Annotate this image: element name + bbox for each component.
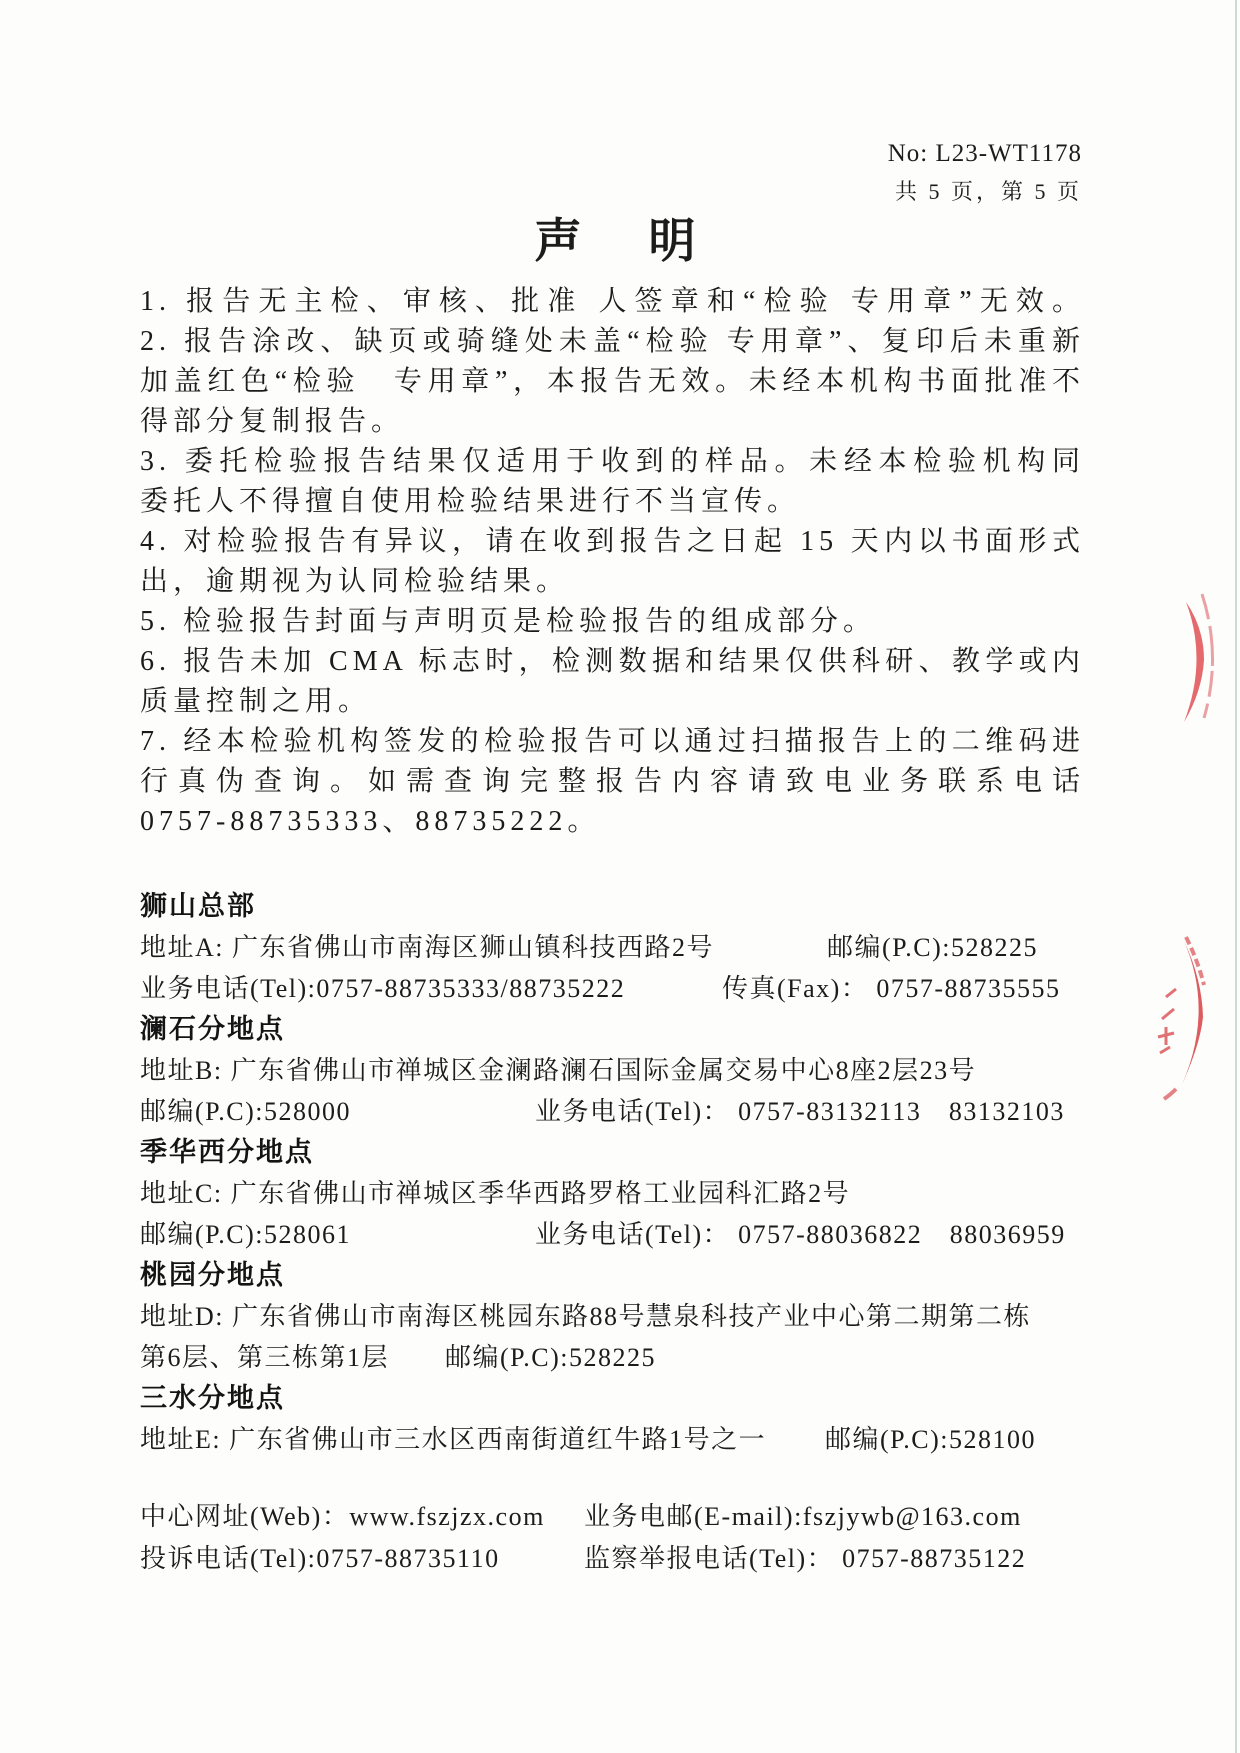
declaration-line: 质量控制之用。 <box>140 682 1085 722</box>
stamp-arc-icon <box>1148 933 1220 1101</box>
declaration-line: 6. 报告未加 CMA 标志时，检测数据和结果仅供科研、教学或内部 <box>140 642 1085 682</box>
address-left: 地址E: 广东省佛山市三水区西南街道红牛路1号之一 <box>140 1419 825 1460</box>
address-right: 业务电话(Tel)： 0757-83132113 83132103 <box>535 1091 1065 1132</box>
declaration-line: 出，逾期视为认同检验结果。 <box>140 562 1085 602</box>
footer-right: 监察举报电话(Tel)： 0757-88735122 <box>584 1538 1026 1580</box>
page-edge-line <box>1235 0 1237 1753</box>
declaration-line: 1. 报告无主检、审核、批准 人签章和“检验 专用章”无效。 <box>140 282 1085 322</box>
address-right: 邮编(P.C):528100 <box>825 1419 1036 1460</box>
footer-left: 中心网址(Web)：www.fszjzx.com <box>140 1496 584 1538</box>
declaration-list: 1. 报告无主检、审核、批准 人签章和“检验 专用章”无效。 2. 报告涂改、缺… <box>140 282 1085 842</box>
address-line: 业务电话(Tel):0757-88735333/88735222 传真(Fax)… <box>140 968 1090 1009</box>
declaration-line: 委托人不得擅自使用检验结果进行不当宣传。 <box>140 482 1085 522</box>
location-section: 桃园分地点 地址D: 广东省佛山市南海区桃园东路88号慧泉科技产业中心第二期第二… <box>140 1255 1090 1378</box>
address-left: 邮编(P.C):528000 <box>140 1091 535 1132</box>
location-name: 桃园分地点 <box>140 1255 1090 1296</box>
address-right: 邮编(P.C):528225 <box>827 927 1038 968</box>
footer-line: 中心网址(Web)：www.fszjzx.com 业务电邮(E-mail):fs… <box>140 1496 1090 1538</box>
declaration-line: 7. 经本检验机构签发的检验报告可以通过扫描报告上的二维码进 <box>140 722 1085 762</box>
report-number: No: L23-WT1178 <box>888 140 1082 168</box>
address-left: 地址B: 广东省佛山市禅城区金澜路澜石国际金属交易中心8座2层23号 <box>140 1050 976 1091</box>
address-line: 邮编(P.C):528000 业务电话(Tel)： 0757-83132113 … <box>140 1091 1090 1132</box>
declaration-line: 0757-88735333、88735222。 <box>140 802 1085 842</box>
footer-right: 业务电邮(E-mail):fszjywb@163.com <box>584 1496 1022 1538</box>
address-line: 地址A: 广东省佛山市南海区狮山镇科技西路2号 邮编(P.C):528225 <box>140 927 1090 968</box>
address-left: 地址A: 广东省佛山市南海区狮山镇科技西路2号 <box>140 927 827 968</box>
location-name: 狮山总部 <box>140 886 1090 927</box>
address-line: 第6层、第三栋第1层 邮编(P.C):528225 <box>140 1337 1090 1378</box>
declaration-line: 2. 报告涂改、缺页或骑缝处未盖“检验 专用章”、复印后未重新 <box>140 322 1085 362</box>
location-section: 狮山总部 地址A: 广东省佛山市南海区狮山镇科技西路2号 邮编(P.C):528… <box>140 886 1090 1009</box>
declaration-line: 行真伪查询。如需查询完整报告内容请致电业务联系电话 <box>140 762 1085 802</box>
stamp-arc-icon <box>1172 592 1224 730</box>
address-left: 第6层、第三栋第1层 <box>140 1337 445 1378</box>
address-left: 地址C: 广东省佛山市禅城区季华西路罗格工业园科汇路2号 <box>140 1173 850 1214</box>
contact-footer: 中心网址(Web)：www.fszjzx.com 业务电邮(E-mail):fs… <box>140 1496 1090 1580</box>
location-section: 季华西分地点 地址C: 广东省佛山市禅城区季华西路罗格工业园科汇路2号 邮编(P… <box>140 1132 1090 1255</box>
location-name: 澜石分地点 <box>140 1009 1090 1050</box>
address-left: 业务电话(Tel):0757-88735333/88735222 <box>140 968 722 1009</box>
location-section: 三水分地点 地址E: 广东省佛山市三水区西南街道红牛路1号之一 邮编(P.C):… <box>140 1378 1090 1460</box>
location-name: 三水分地点 <box>140 1378 1090 1419</box>
address-line: 地址D: 广东省佛山市南海区桃园东路88号慧泉科技产业中心第二期第二栋 <box>140 1296 1090 1337</box>
location-name: 季华西分地点 <box>140 1132 1090 1173</box>
footer-line: 投诉电话(Tel):0757-88735110 监察举报电话(Tel)： 075… <box>140 1538 1090 1580</box>
page-indicator: 共 5 页，第 5 页 <box>888 175 1082 206</box>
declaration-line: 加盖红色“检验 专用章”，本报告无效。未经本机构书面批准不 <box>140 362 1085 402</box>
address-line: 地址B: 广东省佛山市禅城区金澜路澜石国际金属交易中心8座2层23号 <box>140 1050 1090 1091</box>
scanned-report-page: No: L23-WT1178 共 5 页，第 5 页 声 明 1. 报告无主检、… <box>0 0 1240 1753</box>
declaration-line: 得部分复制报告。 <box>140 402 1085 442</box>
address-right: 邮编(P.C):528225 <box>445 1337 656 1378</box>
address-right: 业务电话(Tel)： 0757-88036822 88036959 <box>535 1214 1066 1255</box>
address-line: 地址E: 广东省佛山市三水区西南街道红牛路1号之一 邮编(P.C):528100 <box>140 1419 1090 1460</box>
address-left: 邮编(P.C):528061 <box>140 1214 535 1255</box>
address-right: 传真(Fax)： 0757-88735555 <box>722 968 1060 1009</box>
footer-left: 投诉电话(Tel):0757-88735110 <box>140 1538 584 1580</box>
address-line: 邮编(P.C):528061 业务电话(Tel)： 0757-88036822 … <box>140 1214 1090 1255</box>
locations-block: 狮山总部 地址A: 广东省佛山市南海区狮山镇科技西路2号 邮编(P.C):528… <box>140 886 1090 1460</box>
location-section: 澜石分地点 地址B: 广东省佛山市禅城区金澜路澜石国际金属交易中心8座2层23号… <box>140 1009 1090 1132</box>
declaration-line: 4. 对检验报告有异议，请在收到报告之日起 15 天内以书面形式提 <box>140 522 1085 562</box>
declaration-line: 3. 委托检验报告结果仅适用于收到的样品。未经本检验机构同意， <box>140 442 1085 482</box>
header-meta: No: L23-WT1178 共 5 页，第 5 页 <box>888 140 1082 206</box>
page-title: 声 明 <box>0 204 1240 271</box>
address-left: 地址D: 广东省佛山市南海区桃园东路88号慧泉科技产业中心第二期第二栋 <box>140 1296 1031 1337</box>
address-line: 地址C: 广东省佛山市禅城区季华西路罗格工业园科汇路2号 <box>140 1173 1090 1214</box>
declaration-line: 5. 检验报告封面与声明页是检验报告的组成部分。 <box>140 602 1085 642</box>
